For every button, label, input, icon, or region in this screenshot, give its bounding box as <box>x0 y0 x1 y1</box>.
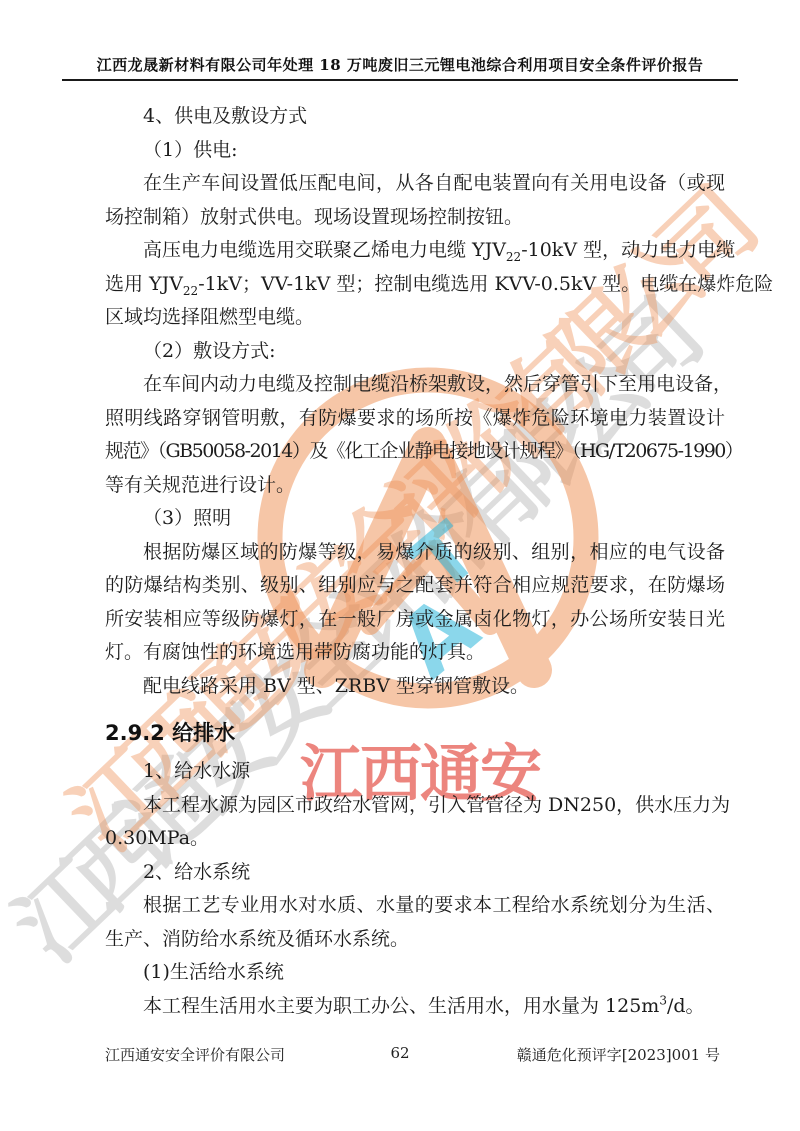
paragraph: （1）供电: <box>105 134 725 168</box>
text-line: （3）照明 <box>105 502 725 536</box>
text-line: 所安装相应等级防爆灯，在一般厂房或金属卤化物灯，办公场所安装日光 <box>105 603 725 637</box>
text-line: 等有关规范进行设计。 <box>105 469 725 503</box>
paragraph: 1、给水水源 <box>105 755 725 789</box>
document-body: 4、供电及敷设方式（1）供电:在生产车间设置低压配电间，从各自配电装置向有关用电… <box>105 100 725 1023</box>
paragraph: 4、供电及敷设方式 <box>105 100 725 134</box>
footer-company-name: 江西通安安全评价有限公司 <box>105 1044 285 1065</box>
paragraph: 本工程水源为园区市政给水管网，引入管管径为 DN250，供水压力为0.30MPa… <box>105 789 725 856</box>
header-rule <box>62 79 738 81</box>
paragraph: 高压电力电缆选用交联聚乙烯电力电缆 YJV22-10kV 型，动力电力电缆选用 … <box>105 234 725 335</box>
paragraph: 根据工艺专业用水对水质、水量的要求本工程给水系统划分为生活、生产、消防给水系统及… <box>105 889 725 956</box>
text-line: 配电线路采用 BV 型、ZRBV 型穿钢管敷设。 <box>105 670 725 704</box>
section-heading: 2.9.2 给排水 <box>105 716 725 750</box>
text-line: 1、给水水源 <box>105 755 725 789</box>
text-line: （2）敷设方式: <box>105 335 725 369</box>
text-line: （1）供电: <box>105 134 725 168</box>
text-line: 根据工艺专业用水对水质、水量的要求本工程给水系统划分为生活、 <box>105 889 725 923</box>
paragraph: 配电线路采用 BV 型、ZRBV 型穿钢管敷设。 <box>105 670 725 704</box>
text-line: (1)生活给水系统 <box>105 956 725 990</box>
paragraph: 本工程生活用水主要为职工办公、生活用水，用水量为 125m3/d。 <box>105 990 725 1024</box>
paragraph: 在生产车间设置低压配电间，从各自配电装置向有关用电设备（或现场控制箱）放射式供电… <box>105 167 725 234</box>
text-line: 2、给水系统 <box>105 856 725 890</box>
document-page: 江西通安安全评价有限公司 江西通安安全评价有限公司 T A 江西通安 江西龙晟新… <box>0 0 800 1131</box>
paragraph: 在车间内动力电缆及控制电缆沿桥架敷设，然后穿管引下至用电设备，照明线路穿钢管明敷… <box>105 368 725 502</box>
footer-page-number: 62 <box>390 1044 409 1062</box>
text-line: 4、供电及敷设方式 <box>105 100 725 134</box>
text-line: 在生产车间设置低压配电间，从各自配电装置向有关用电设备（或现 <box>105 167 725 201</box>
text-line: 规范》（GB50058-2014）及《化工企业静电接地设计规程》（HG/T206… <box>105 435 725 469</box>
text-line: 灯。有腐蚀性的环境选用带防腐功能的灯具。 <box>105 636 725 670</box>
text-line: 场控制箱）放射式供电。现场设置现场控制按钮。 <box>105 201 725 235</box>
text-line: 照明线路穿钢管明敷，有防爆要求的场所按《爆炸危险环境电力装置设计 <box>105 402 725 436</box>
text-line: 高压电力电缆选用交联聚乙烯电力电缆 YJV22-10kV 型，动力电力电缆 <box>105 234 725 268</box>
text-line: 选用 YJV22-1kV；VV-1kV 型；控制电缆选用 KVV-0.5kV 型… <box>105 268 725 302</box>
report-header-title: 江西龙晟新材料有限公司年处理 18 万吨废旧三元锂电池综合利用项目安全条件评价报… <box>0 54 800 75</box>
text-line: 区域均选择阻燃型电缆。 <box>105 301 725 335</box>
text-line: 的防爆结构类别、级别、组别应与之配套并符合相应规范要求，在防爆场 <box>105 569 725 603</box>
text-line: 在车间内动力电缆及控制电缆沿桥架敷设，然后穿管引下至用电设备， <box>105 368 725 402</box>
text-line: 本工程生活用水主要为职工办公、生活用水，用水量为 125m3/d。 <box>105 990 725 1024</box>
paragraph: （3）照明 <box>105 502 725 536</box>
text-line: 根据防爆区域的防爆等级，易爆介质的级别、组别，相应的电气设备 <box>105 536 725 570</box>
paragraph: (1)生活给水系统 <box>105 956 725 990</box>
paragraph: 2、给水系统 <box>105 856 725 890</box>
text-line: 本工程水源为园区市政给水管网，引入管管径为 DN250，供水压力为 <box>105 789 725 823</box>
text-line: 生产、消防给水系统及循环水系统。 <box>105 923 725 957</box>
paragraph: （2）敷设方式: <box>105 335 725 369</box>
page-footer: 江西通安安全评价有限公司 62 赣通危化预评字[2023]001 号 <box>0 1044 800 1064</box>
paragraph: 根据防爆区域的防爆等级，易爆介质的级别、组别，相应的电气设备的防爆结构类别、级别… <box>105 536 725 670</box>
text-line: 0.30MPa。 <box>105 822 725 856</box>
footer-doc-number: 赣通危化预评字[2023]001 号 <box>517 1044 720 1065</box>
